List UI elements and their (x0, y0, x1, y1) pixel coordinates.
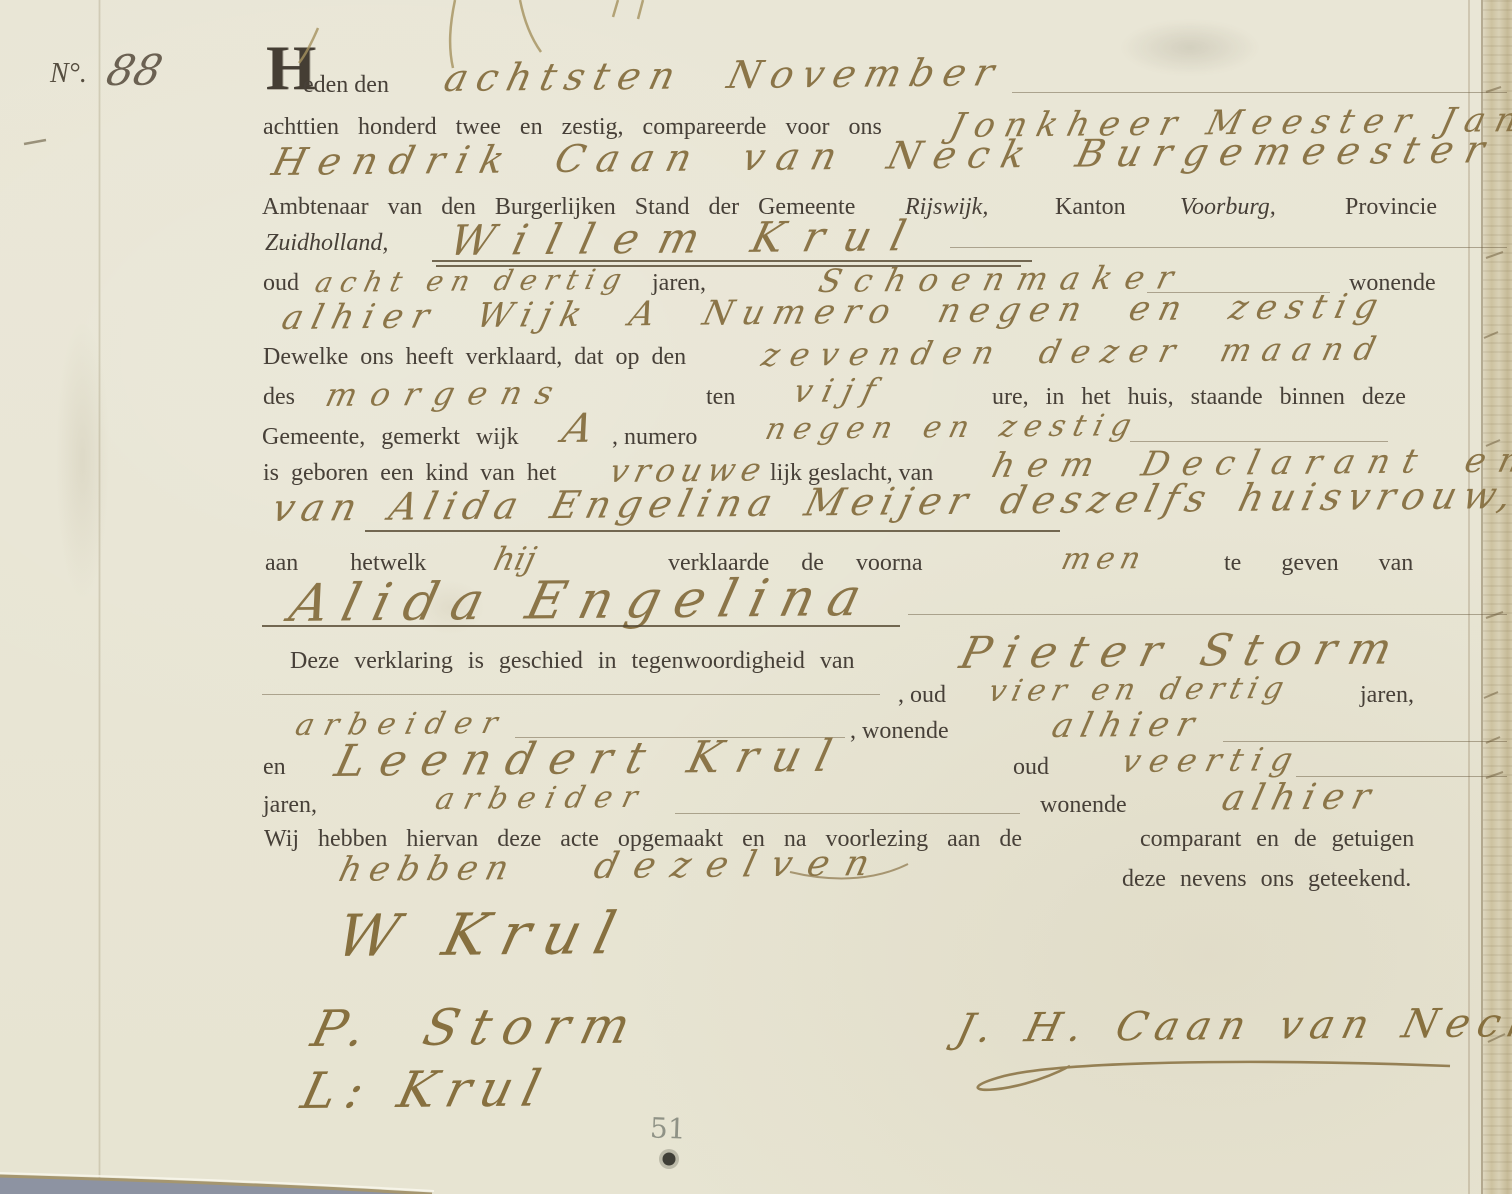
hw-birth-day: zevenden dezer maand (758, 329, 1391, 374)
ink-blot-halo (659, 1149, 679, 1169)
page-corner-rim (0, 1176, 432, 1194)
printed-wonende-2: , wonende (850, 718, 949, 745)
hw-house-number: negen en zestig (762, 408, 1143, 447)
act-number-value: 88 (102, 45, 167, 95)
printed-provincie: Provincie (1345, 194, 1437, 221)
printed-gemeente-gemerkt: Gemeente, gemerkt wijk (262, 424, 519, 451)
hw-act-date: achtsten November (440, 50, 1008, 100)
hw-birth-daypart: morgens (322, 373, 571, 414)
printed-numero: , numero (612, 424, 697, 451)
printed-jaren-3: jaren, (263, 792, 317, 819)
printed-oud: oud (263, 270, 299, 297)
hw-witness1-name: Pieter Storm (955, 623, 1410, 679)
ruled-line (1012, 92, 1507, 93)
scanner-background-corner (0, 1176, 432, 1194)
hw-witness2-occupation: arbeider (432, 780, 651, 817)
signature-registrar: J. H. Caan van Neck (952, 1000, 1512, 1052)
hw-birth-hour: vijf (790, 371, 889, 410)
printed-te-geven-van: te geven van (1224, 550, 1413, 577)
hw-witness2-name: Leendert Krul (330, 731, 851, 787)
paper-fold-crease (98, 0, 101, 1194)
signature-declarant: W Krul (330, 899, 636, 970)
printed-dewelke: Dewelke ons heeft verklaard, dat op den (263, 344, 686, 371)
margin-dash (24, 140, 46, 144)
registrar-signature-flourish (978, 1062, 1450, 1090)
printed-nevens-geteekend: deze nevens ons geteekend. (1122, 866, 1411, 893)
printed-ten: ten (706, 384, 735, 411)
hw-wijk-letter: A (558, 406, 598, 452)
hw-declarant-age: acht en dertig (312, 263, 633, 299)
ink-blot (663, 1153, 676, 1166)
printed-wonende-3: wonende (1040, 792, 1127, 819)
printed-oud-2: , oud (898, 682, 946, 709)
hand-underline (365, 530, 1060, 532)
ruled-line (950, 247, 1507, 248)
act-number-label: N°. (50, 58, 87, 90)
printed-kanton-name: Voorburg, (1180, 194, 1276, 221)
hw-declarant-name: Willem Krul (445, 211, 931, 265)
printed-des: des (263, 384, 295, 411)
margin-smudge (55, 320, 110, 600)
printed-kanton: Kanton (1055, 194, 1126, 221)
hw-witness1-residence: alhier (1048, 704, 1206, 746)
hw-dezelven: dezelven (590, 843, 889, 887)
ruled-line (262, 694, 880, 695)
scanned-birth-certificate: N°. 88 H eden den achtsten November acht… (0, 0, 1512, 1194)
ink-bleed-smudge (1120, 20, 1260, 75)
hw-witness2-residence: alhier (1218, 776, 1382, 819)
hand-underline (262, 625, 900, 627)
page-corner-highlight (0, 1173, 434, 1191)
printed-ure-huis: ure, in het huis, staande binnen deze (992, 384, 1406, 411)
printed-provincie-name: Zuidholland, (265, 230, 388, 257)
signature-witness1: P. Storm (306, 997, 648, 1058)
ruled-line (675, 813, 1020, 814)
printed-comparant-getuigen: comparant en de getuigen (1140, 826, 1414, 853)
printed-oud-3: oud (1013, 754, 1049, 781)
printed-deze-verklaring: Deze verklaring is geschied in tegenwoor… (290, 648, 855, 675)
hw-witness2-age: veertig (1118, 740, 1305, 780)
signature-witness2: L: Krul (296, 1059, 556, 1120)
printed-heden-den: eden den (303, 72, 389, 99)
pencil-archive-number: 51 (649, 1111, 686, 1145)
ruled-line (908, 614, 1507, 615)
printed-en: en (263, 754, 286, 781)
printed-jaren-2: jaren, (1360, 682, 1414, 709)
hw-men-suffix: men (1058, 541, 1150, 577)
hw-witness1-age: vier en dertig (985, 671, 1293, 709)
hw-hebben: hebben (335, 848, 521, 890)
